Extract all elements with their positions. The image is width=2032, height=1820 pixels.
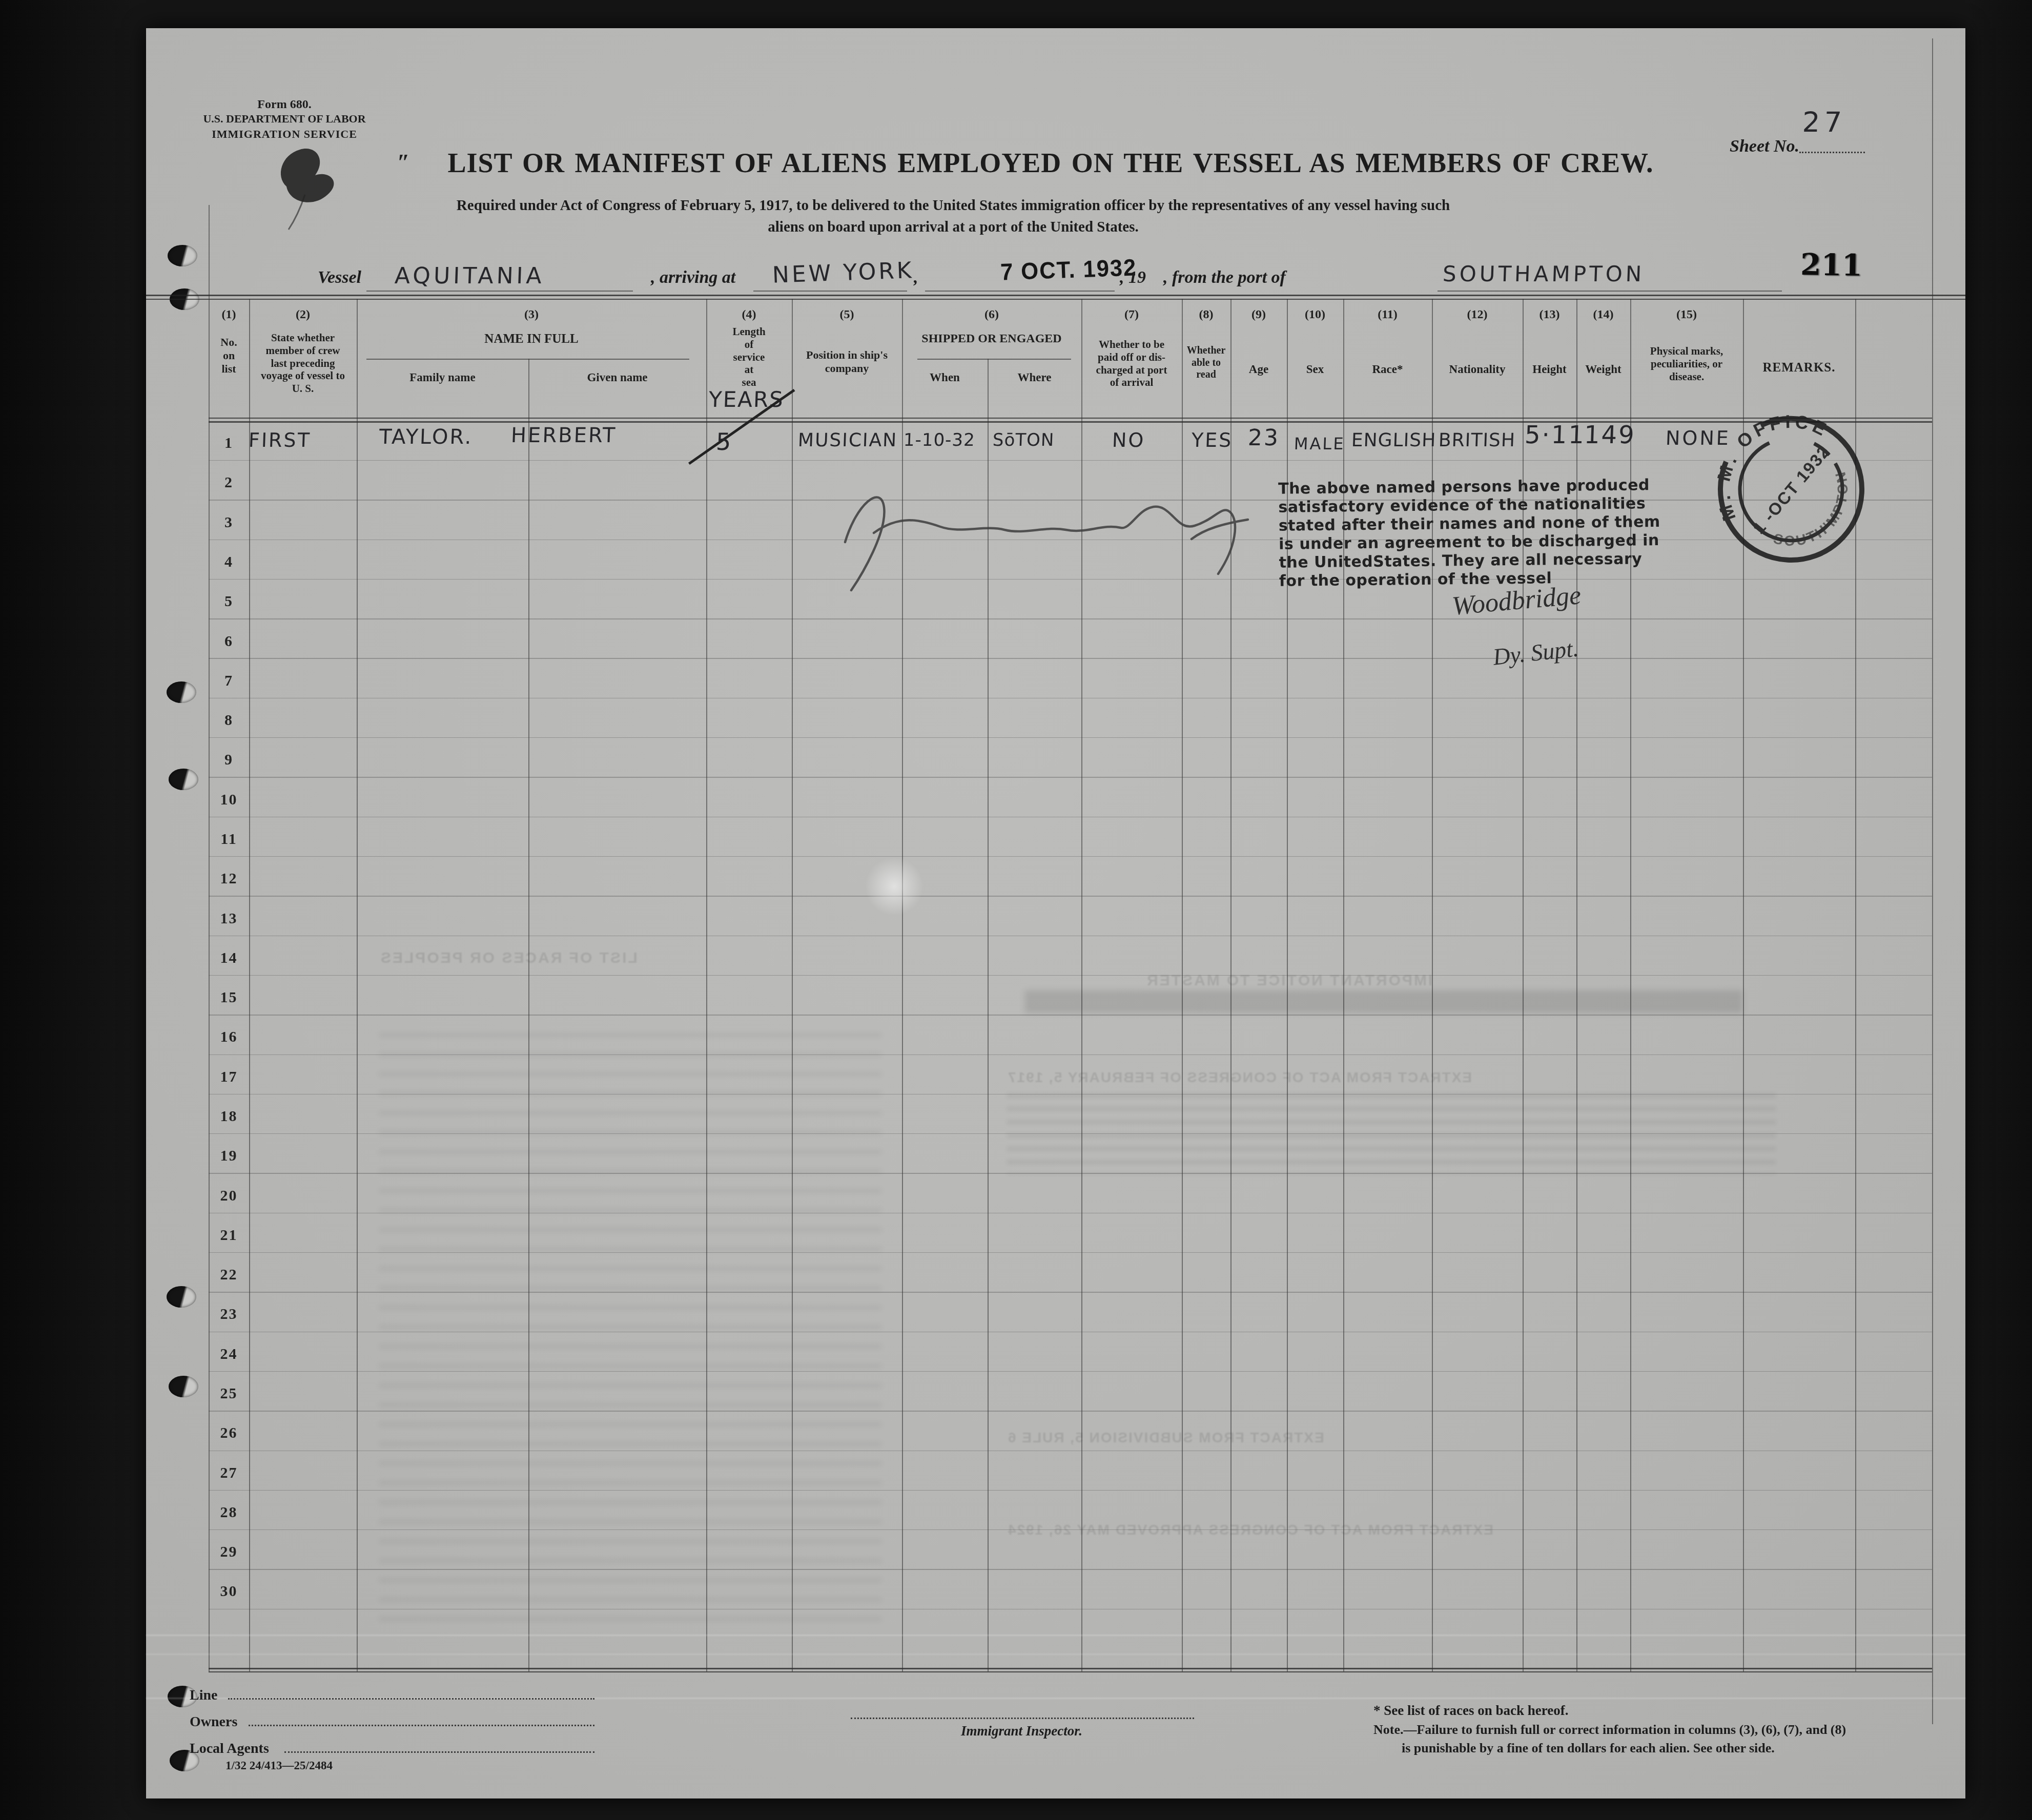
footer-note-line1: Note.—Failure to furnish full or correct… — [1373, 1722, 1917, 1738]
col-num-5: (5) — [792, 307, 902, 322]
row-number: 10 — [209, 791, 249, 809]
inspector-signature-rule — [851, 1717, 1194, 1719]
scan-streak — [146, 1653, 1965, 1655]
arriving-port-handwritten: NEW YORK — [772, 257, 914, 288]
punch-hole — [168, 245, 197, 266]
row1-sex: MALE — [1294, 434, 1345, 453]
col-num-6: (6) — [902, 307, 1081, 322]
row-number: 14 — [209, 949, 249, 967]
col-label-race: Race* — [1343, 362, 1432, 376]
row1-position: MUSICIAN — [797, 430, 898, 451]
ghost-text: EXTRACT FROM ACT OF CONGRESS APPROVED MA… — [1007, 1522, 1493, 1538]
comma-separator: , — [914, 268, 918, 287]
col-num-12: (12) — [1432, 307, 1523, 322]
margin-line-right — [1932, 38, 1933, 1724]
arriving-port-rule — [753, 291, 907, 292]
ghost-text: EXTRACT FROM ACT OF CONGRESS OF FEBRUARY… — [1007, 1069, 1472, 1086]
punch-hole — [169, 1376, 198, 1397]
inspector-signature-scrawl — [838, 477, 1263, 594]
ghost-paragraph — [1007, 1093, 1776, 1175]
col-num-10: (10) — [1287, 307, 1343, 322]
row-number: 8 — [209, 712, 249, 729]
ghost-band — [1025, 990, 1742, 1013]
manifest-page: Form 680. U.S. DEPARTMENT OF LABOR IMMIG… — [146, 28, 1965, 1798]
row1-paid-off: NO — [1112, 429, 1145, 451]
row-number: 7 — [209, 672, 249, 690]
arriving-label: , arriving at — [651, 268, 735, 287]
row-number: 17 — [209, 1068, 249, 1086]
form-service: IMMIGRATION SERVICE — [195, 128, 374, 141]
table-bottom-rule-2 — [209, 1671, 1932, 1672]
year-label: , 19 — [1120, 268, 1146, 287]
header-bottom-rule-1 — [209, 418, 1932, 419]
col-num-9: (9) — [1230, 307, 1287, 322]
row1-family-name: TAYLOR. — [379, 425, 473, 449]
footer-owners-rule — [249, 1724, 594, 1726]
sheet-no-value: 27 — [1802, 106, 1846, 138]
col-label-no-on-list: No. on list — [209, 336, 249, 376]
sheet-no-label: Sheet No. — [1730, 137, 1799, 156]
from-port-handwritten: SOUTHAMPTON — [1442, 261, 1645, 286]
ghost-race-list — [379, 1032, 881, 1622]
years-annotation: YEARS — [708, 387, 784, 412]
col-label-paid-off: Whether to be paid off or dis- charged a… — [1081, 338, 1182, 389]
row-number: 23 — [209, 1306, 249, 1323]
row-number: 30 — [209, 1583, 249, 1600]
col-label-age: Age — [1230, 362, 1287, 376]
subtitle-line1: Required under Act of Congress of Februa… — [231, 197, 1676, 214]
col-label-shipped: SHIPPED OR ENGAGED — [902, 332, 1081, 346]
row-number: 15 — [209, 989, 249, 1006]
certification-stamp: The above named persons have produced sa… — [1278, 476, 1653, 591]
col-label-marks: Physical marks, peculiarities, or diseas… — [1630, 345, 1743, 383]
form-number: Form 680. — [200, 98, 369, 112]
row-number: 11 — [209, 831, 249, 848]
arrival-date-stamp: 7 OCT. 1932 — [1000, 253, 1137, 285]
row1-age: 23 — [1247, 425, 1280, 451]
col-label-given-name: Given name — [528, 370, 706, 384]
certification-line: for the operation of the vessel — [1279, 568, 1653, 591]
row1-shipped-when: 1-10-32 — [903, 430, 975, 450]
row-number: 22 — [209, 1266, 249, 1284]
row-number: 16 — [209, 1028, 249, 1046]
row-number: 3 — [209, 514, 249, 531]
row-number: 2 — [209, 474, 249, 491]
row-number: 4 — [209, 553, 249, 571]
row-number: 9 — [209, 751, 249, 769]
col-label-height: Height — [1523, 362, 1576, 376]
footer-local-agents-label: Local Agents — [190, 1741, 269, 1757]
row1-weight: 149 — [1584, 421, 1636, 449]
scan-streak — [146, 1635, 1965, 1636]
table-top-rule-outer — [146, 295, 1965, 296]
col-num-13: (13) — [1523, 307, 1576, 322]
col-label-nationality: Nationality — [1432, 362, 1523, 376]
table-top-rule-inner — [146, 299, 1965, 300]
form-department: U.S. DEPARTMENT OF LABOR — [195, 112, 374, 126]
round-office-stamp: M. M. OFFICE SOUTH'MPTON 1 -OCT 1932 — [1712, 410, 1871, 569]
col-label-family-name: Family name — [357, 370, 528, 384]
col-label-remarks: REMARKS. — [1743, 360, 1855, 376]
col-label-service: Length of service at sea — [706, 325, 792, 389]
vessel-label: Vessel — [318, 268, 361, 287]
footer-line-label: Line — [190, 1687, 217, 1704]
col-num-15: (15) — [1630, 307, 1743, 322]
col-num-2: (2) — [249, 307, 357, 322]
col-label-sex: Sex — [1287, 362, 1343, 376]
ghost-text: LIST OF RACES OR PEOPLES — [379, 949, 638, 967]
scan-background: Form 680. U.S. DEPARTMENT OF LABOR IMMIG… — [0, 0, 2032, 1820]
ghost-text: IMPORTANT NOTICE TO MASTER — [1145, 972, 1432, 989]
col-num-4: (4) — [706, 307, 792, 322]
footer-line-rule — [228, 1698, 594, 1700]
col-label-where: Where — [988, 370, 1081, 384]
row-number: 6 — [209, 633, 249, 650]
footer-owners-label: Owners — [190, 1714, 237, 1730]
row1-shipped-where: SōTON — [992, 430, 1055, 450]
from-port-label: , from the port of — [1163, 268, 1286, 287]
punch-hole — [167, 1286, 196, 1308]
row1-able-to-read: YES — [1191, 429, 1233, 451]
immigrant-inspector-label: Immigrant Inspector. — [961, 1723, 1082, 1739]
page-title: LIST OR MANIFEST OF ALIENS EMPLOYED ON T… — [405, 147, 1696, 179]
col-num-3: (3) — [357, 307, 706, 322]
col-num-8: (8) — [1182, 307, 1230, 322]
from-port-rule — [1438, 291, 1782, 292]
name-group-rule — [366, 359, 689, 360]
row-number: 26 — [209, 1424, 249, 1442]
col-num-7: (7) — [1081, 307, 1182, 322]
col-label-when: When — [902, 370, 988, 384]
row-number: 13 — [209, 910, 249, 927]
row-number: 5 — [209, 593, 249, 610]
col-num-14: (14) — [1576, 307, 1630, 322]
vessel-name-rule — [366, 291, 633, 292]
sheet-no-rule — [1799, 151, 1865, 153]
row-number: 21 — [209, 1227, 249, 1244]
col-num-11: (11) — [1343, 307, 1432, 322]
row-number: 20 — [209, 1187, 249, 1205]
table-bottom-rule-1 — [209, 1668, 1932, 1669]
row-number: 28 — [209, 1504, 249, 1521]
footer-local-agents-rule — [284, 1751, 594, 1753]
row-number: 27 — [209, 1464, 249, 1482]
row-number: 19 — [209, 1147, 249, 1165]
col-label-able-to-read: Whether able to read — [1182, 345, 1230, 381]
row1-crew-status: FIRST — [248, 429, 311, 451]
col-label-crew-status: State whether member of crew last preced… — [249, 332, 357, 395]
row1-given-name: HERBERT — [510, 424, 617, 447]
row-number: 12 — [209, 870, 249, 887]
ink-smudge — [269, 143, 356, 231]
row1-race: ENGLISH — [1351, 430, 1436, 451]
row-number: 29 — [209, 1543, 249, 1561]
punch-hole — [167, 681, 196, 703]
punch-hole — [169, 769, 198, 790]
ghost-text: EXTRACT FROM SUBDIVISION 5, RULE 6 — [1007, 1430, 1324, 1446]
footer-note-line2: is punishable by a fine of ten dollars f… — [1402, 1741, 1914, 1756]
subtitle-line2: aliens on board upon arrival at a port o… — [231, 219, 1676, 236]
col-label-position: Position in ship's company — [792, 348, 902, 375]
col-num-1: (1) — [209, 307, 249, 322]
row1-height: 5·11 — [1524, 421, 1586, 449]
col-label-weight: Weight — [1576, 362, 1630, 376]
row-number: 24 — [209, 1346, 249, 1363]
row-number: 1 — [209, 435, 249, 452]
row-number: 25 — [209, 1385, 249, 1402]
vessel-name-handwritten: AQUITANIA — [394, 263, 545, 289]
page-number-stamp: 211 — [1800, 247, 1862, 283]
col-label-name-in-full: NAME IN FULL — [357, 332, 706, 347]
row1-nationality: BRITISH — [1438, 430, 1515, 451]
footer-plate-number: 1/32 24/413—25/2484 — [225, 1759, 333, 1772]
row-number: 18 — [209, 1108, 249, 1125]
date-rule — [925, 291, 1115, 292]
row1-service-years: 5 — [715, 428, 733, 456]
shipped-group-rule — [917, 359, 1071, 360]
footer-race-note: * See list of races on back hereof. — [1373, 1703, 1568, 1719]
scan-bright-spot — [864, 858, 925, 915]
